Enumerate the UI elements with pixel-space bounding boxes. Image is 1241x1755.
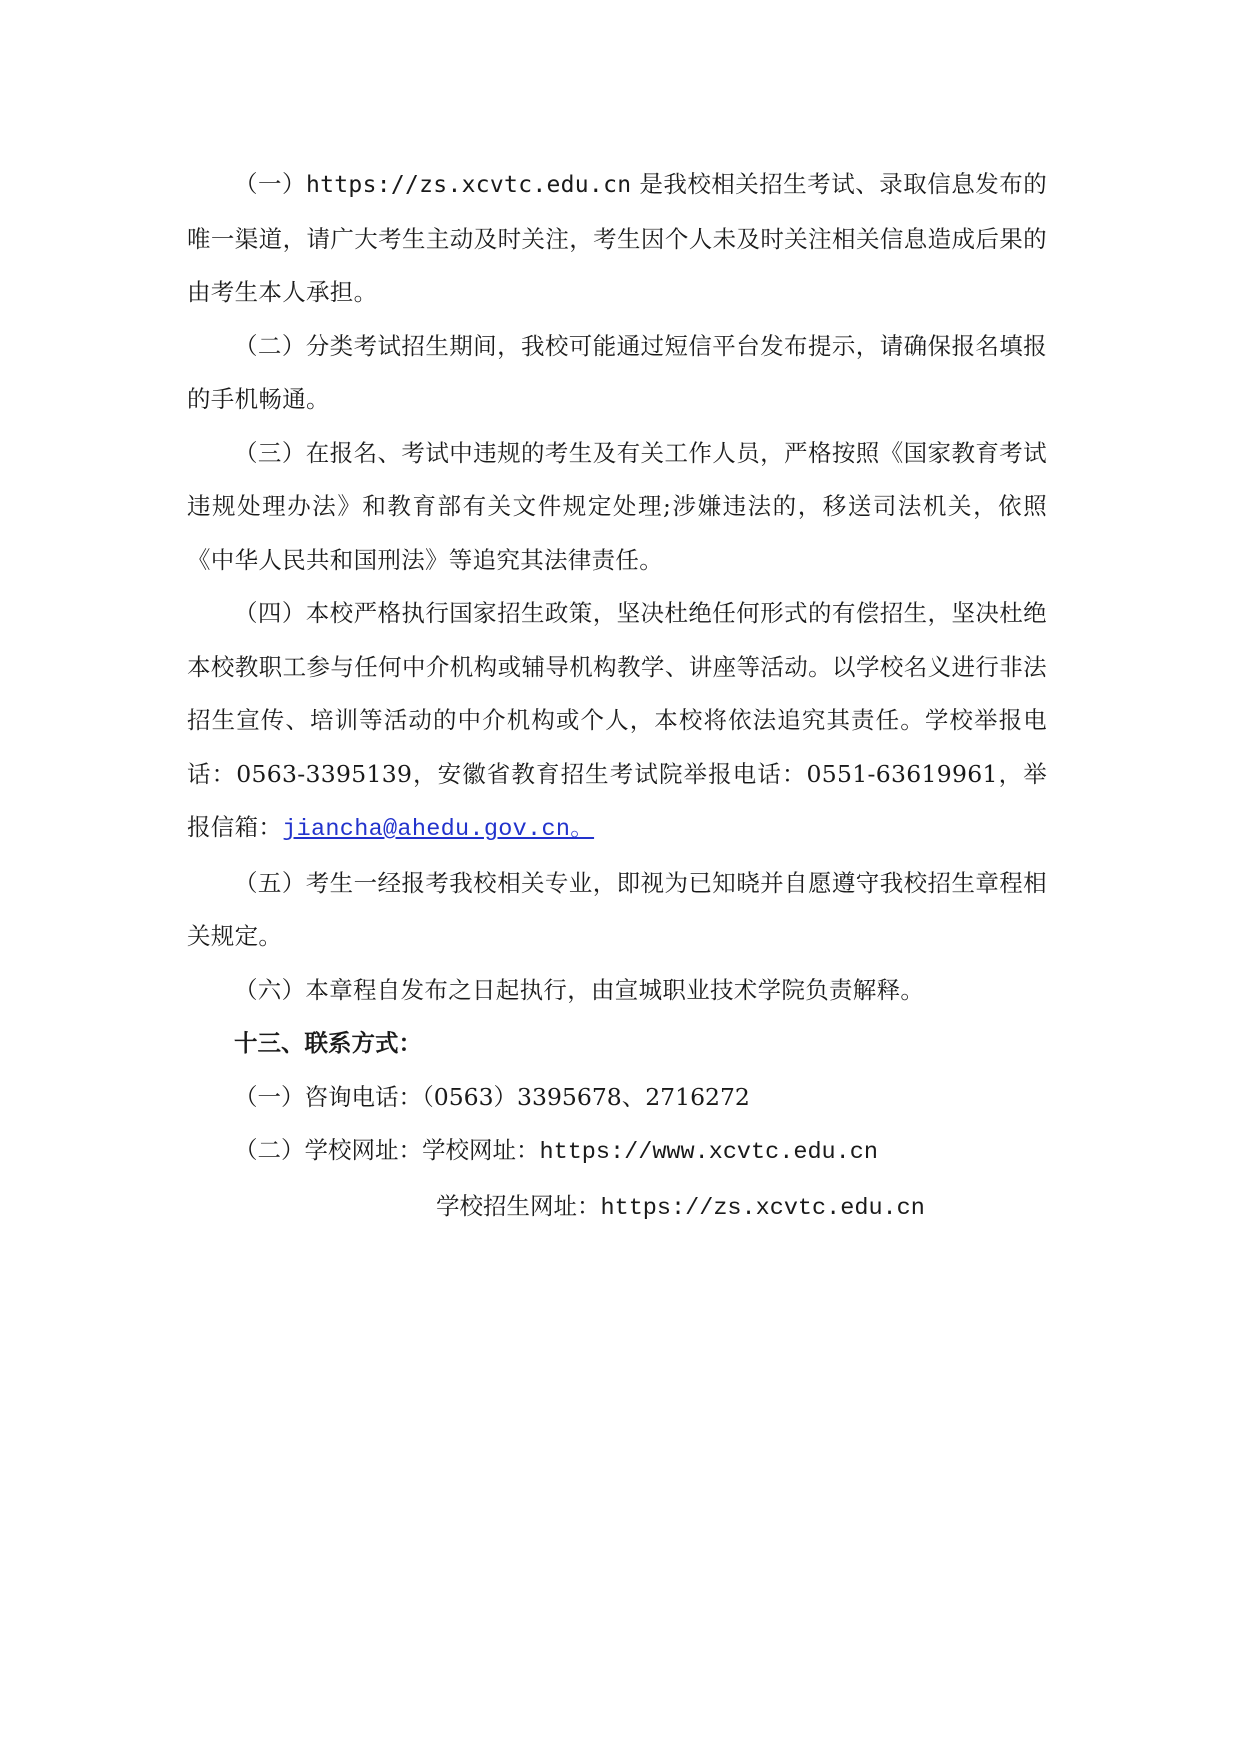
contact-admission-label: 学校招生网址： [436,1192,601,1220]
contact-admission-site: 学校招生网址：https://zs.xcvtc.edu.cn [187,1180,1047,1236]
notice-1-label: （一） [234,170,306,198]
contact-website: （二）学校网址：学校网址：https://www.xcvtc.edu.cn [187,1124,1047,1180]
notice-3-label: （三） [234,439,306,467]
contact-phone-value: （0563）3395678、2716272 [422,1083,750,1111]
notice-3: （三）在报名、考试中违规的考生及有关工作人员，严格按照《国家教育考试违规处理办法… [187,427,1047,588]
notice-6-label: （六） [234,976,305,1004]
contact-phone-label: （一）咨询电话： [234,1083,422,1111]
notice-4-label: （四） [234,599,306,627]
contact-website-inner-label: 学校网址： [422,1136,540,1164]
admission-website-url: https://zs.xcvtc.edu.cn [601,1195,925,1222]
section-13-heading: 十三、联系方式： [187,1017,1047,1071]
school-website-url: https://www.xcvtc.edu.cn [540,1139,878,1166]
notice-2-label: （二） [234,332,306,360]
notice-5-label: （五） [234,869,306,897]
admission-site-url: https://zs.xcvtc.edu.cn [306,172,631,198]
notice-4: （四）本校严格执行国家招生政策，坚决杜绝任何形式的有偿招生，坚决杜绝本校教职工参… [187,587,1047,857]
notice-6: （六）本章程自发布之日起执行，由宣城职业技术学院负责解释。 [187,964,1047,1018]
document-page: （一）https://zs.xcvtc.edu.cn 是我校相关招生考试、录取信… [187,158,1047,1235]
notice-5: （五）考生一经报考我校相关专业，即视为已知晓并自愿遵守我校招生章程相关规定。 [187,857,1047,964]
notice-4-text: 本校严格执行国家招生政策，坚决杜绝任何形式的有偿招生，坚决杜绝本校教职工参与任何… [187,599,1047,841]
notice-6-text: 本章程自发布之日起执行，由宣城职业技术学院负责解释。 [305,976,924,1004]
report-email-link[interactable]: jiancha@ahedu.gov.cn。 [282,816,594,843]
notice-3-text: 在报名、考试中违规的考生及有关工作人员，严格按照《国家教育考试违规处理办法》和教… [187,439,1047,574]
contact-website-label: （二）学校网址： [234,1136,422,1164]
notice-2: （二）分类考试招生期间，我校可能通过短信平台发布提示，请确保报名填报的手机畅通。 [187,320,1047,427]
notice-5-text: 考生一经报考我校相关专业，即视为已知晓并自愿遵守我校招生章程相关规定。 [187,869,1047,951]
notice-2-text: 分类考试招生期间，我校可能通过短信平台发布提示，请确保报名填报的手机畅通。 [187,332,1047,414]
notice-1: （一）https://zs.xcvtc.edu.cn 是我校相关招生考试、录取信… [187,158,1047,320]
contact-phone: （一）咨询电话：（0563）3395678、2716272 [187,1071,1047,1125]
